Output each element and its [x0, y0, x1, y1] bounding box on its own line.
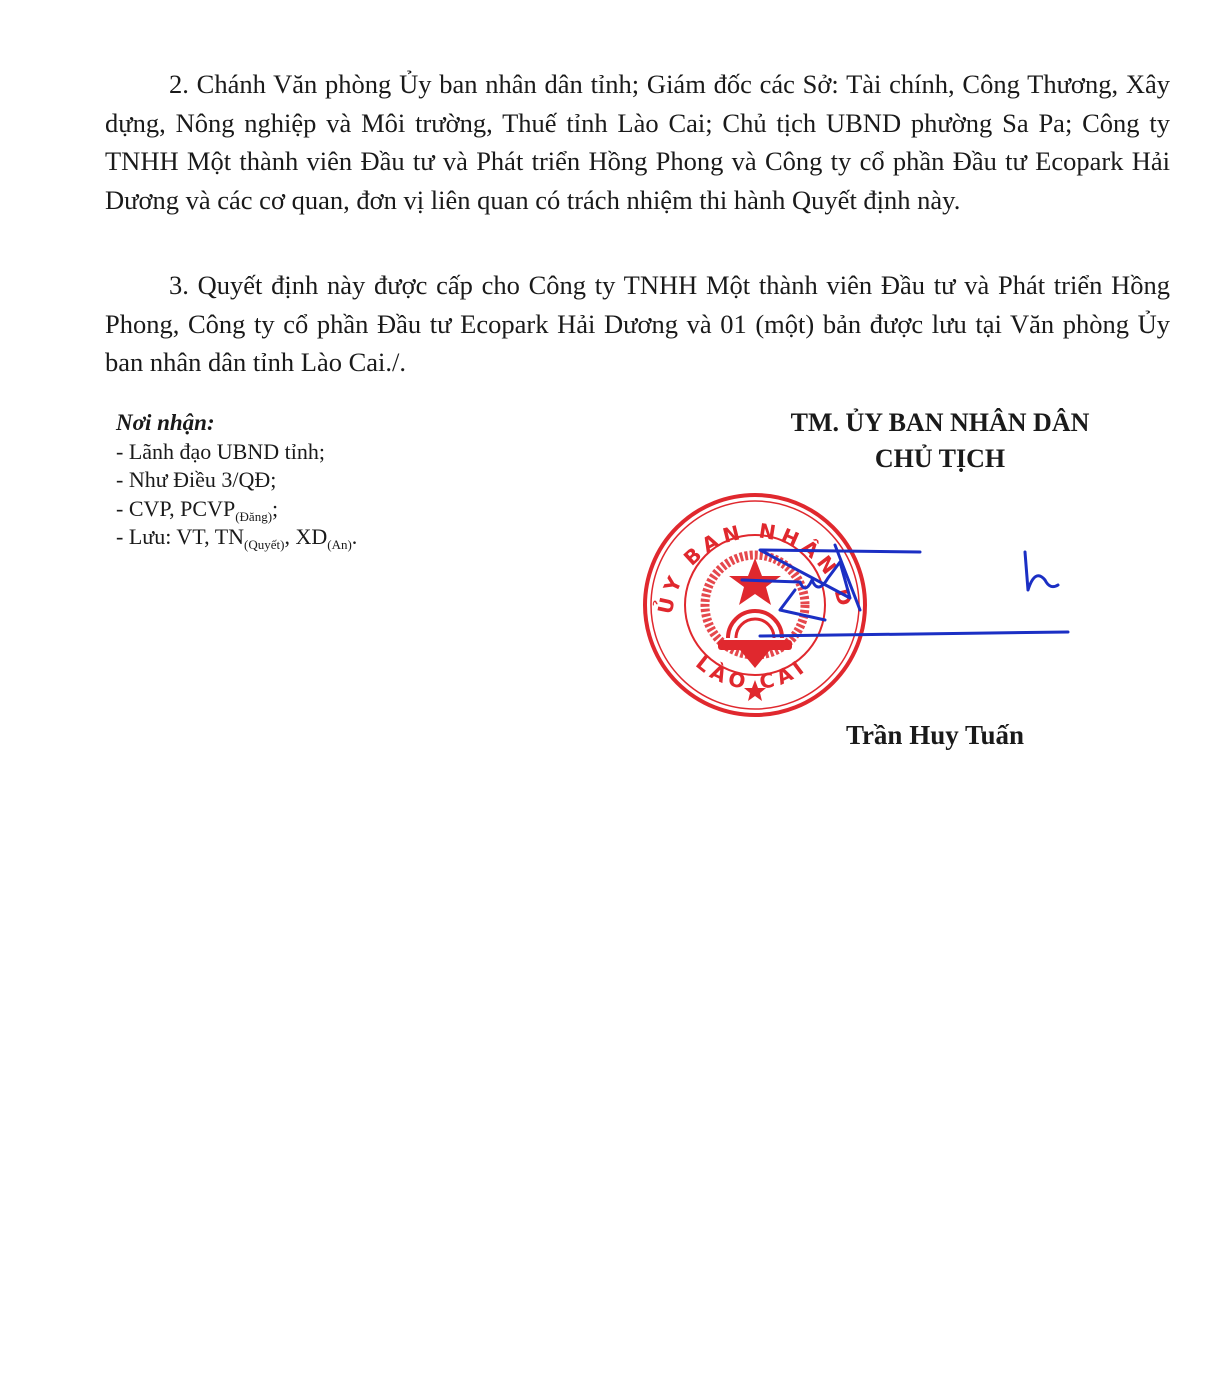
signature-heading: TM. ỦY BAN NHÂN DÂN CHỦ TỊCH — [740, 405, 1140, 477]
recipient-item: - CVP, PCVP(Đăng); — [116, 495, 357, 524]
signature-title-line: CHỦ TỊCH — [740, 441, 1140, 477]
handwritten-signature-icon — [740, 540, 1080, 650]
recipients-list: Nơi nhận: - Lãnh đạo UBND tỉnh; - Như Đi… — [116, 409, 357, 552]
recipient-item: - Lưu: VT, TN(Quyết), XD(An). — [116, 523, 357, 552]
signature-org-line: TM. ỦY BAN NHÂN DÂN — [740, 405, 1140, 441]
recipient-item: - Lãnh đạo UBND tỉnh; — [116, 438, 357, 467]
signer-name: Trần Huy Tuấn — [740, 720, 1130, 751]
recipients-title: Nơi nhận: — [116, 409, 357, 438]
recipient-item: - Như Điều 3/QĐ; — [116, 466, 357, 495]
paragraph-article-2: 2. Chánh Văn phòng Ủy ban nhân dân tỉnh;… — [105, 65, 1170, 219]
paragraph-article-3: 3. Quyết định này được cấp cho Công ty T… — [105, 266, 1170, 382]
